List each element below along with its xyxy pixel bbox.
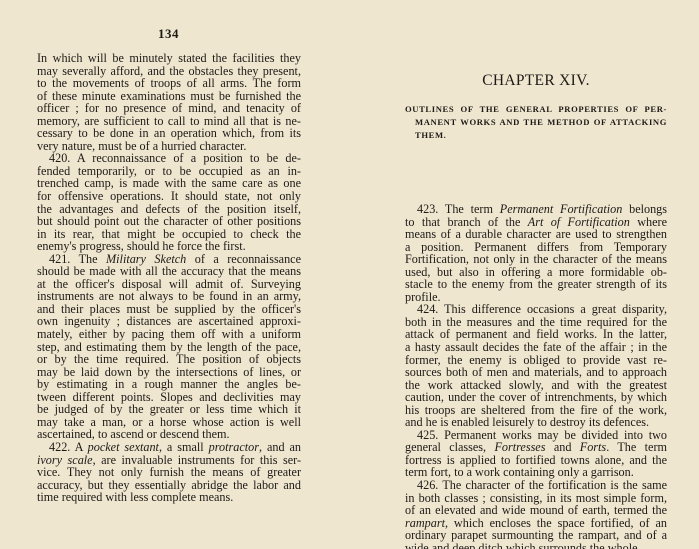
right-text-line: a hasty assault decides the fate of the … bbox=[405, 341, 667, 354]
right-text-line: caution, under the cover of intrenchment… bbox=[405, 391, 667, 404]
right-text-line: Fortification, not only in the character… bbox=[405, 253, 667, 266]
right-text-line: means of a durable character are used to… bbox=[405, 228, 667, 241]
chapter-heading-line: OUTLINES OF THE GENERAL PROPERTIES OF PE… bbox=[405, 103, 667, 116]
left-text-line: time required with less complete means. bbox=[37, 491, 301, 504]
right-text-line: and he is enabled leisurely to destroy i… bbox=[405, 416, 667, 429]
left-text-line: should be made with all the accuracy tha… bbox=[37, 265, 301, 278]
left-text-line: for offensive operations. It should stat… bbox=[37, 190, 301, 203]
right-text-line: stacle to the enemy from the greater str… bbox=[405, 278, 667, 291]
left-text-line: vice. They not only furnish the means of… bbox=[37, 466, 301, 479]
right-column-text: 423. The term Permanent Fortification be… bbox=[405, 203, 667, 549]
left-text-line: by estimating in a rough manner the angl… bbox=[37, 378, 301, 391]
left-text-line: but should point out the character of ot… bbox=[37, 215, 301, 228]
chapter-heading: OUTLINES OF THE GENERAL PROPERTIES OF PE… bbox=[405, 103, 667, 143]
left-text-line: be judged of by the greater or less time… bbox=[37, 403, 301, 416]
chapter-title: CHAPTER XIV. bbox=[405, 72, 667, 90]
left-text-line: to the movements of troops of all arms. … bbox=[37, 77, 301, 90]
left-text-line: or by the time required. The position of… bbox=[37, 353, 301, 366]
chapter-heading-line: THEM. bbox=[405, 129, 667, 142]
left-text-line: mately, either by pacing them off with a… bbox=[37, 328, 301, 341]
chapter-heading-line: MANENT WORKS AND THE METHOD OF ATTACKING bbox=[405, 116, 667, 129]
right-text-line: 426. The character of the fortification … bbox=[405, 479, 667, 492]
page-number: 134 bbox=[158, 26, 179, 42]
right-text-line: sources both of men and materials, and t… bbox=[405, 366, 667, 379]
right-text-line: ordinary parapet surmounting the rampart… bbox=[405, 529, 667, 542]
italic-term: pocket sextant bbox=[88, 440, 159, 454]
left-text-line: In which will be minutely stated the fac… bbox=[37, 52, 301, 65]
italic-term: protractor bbox=[209, 440, 259, 454]
right-text-line: wide and deep ditch which surrounds the … bbox=[405, 542, 667, 549]
left-text-line: cessary to be done in an operation which… bbox=[37, 127, 301, 140]
left-column-text: In which will be minutely stated the fac… bbox=[37, 52, 301, 504]
left-text-line: officer ; for no presence of mind, and t… bbox=[37, 102, 301, 115]
